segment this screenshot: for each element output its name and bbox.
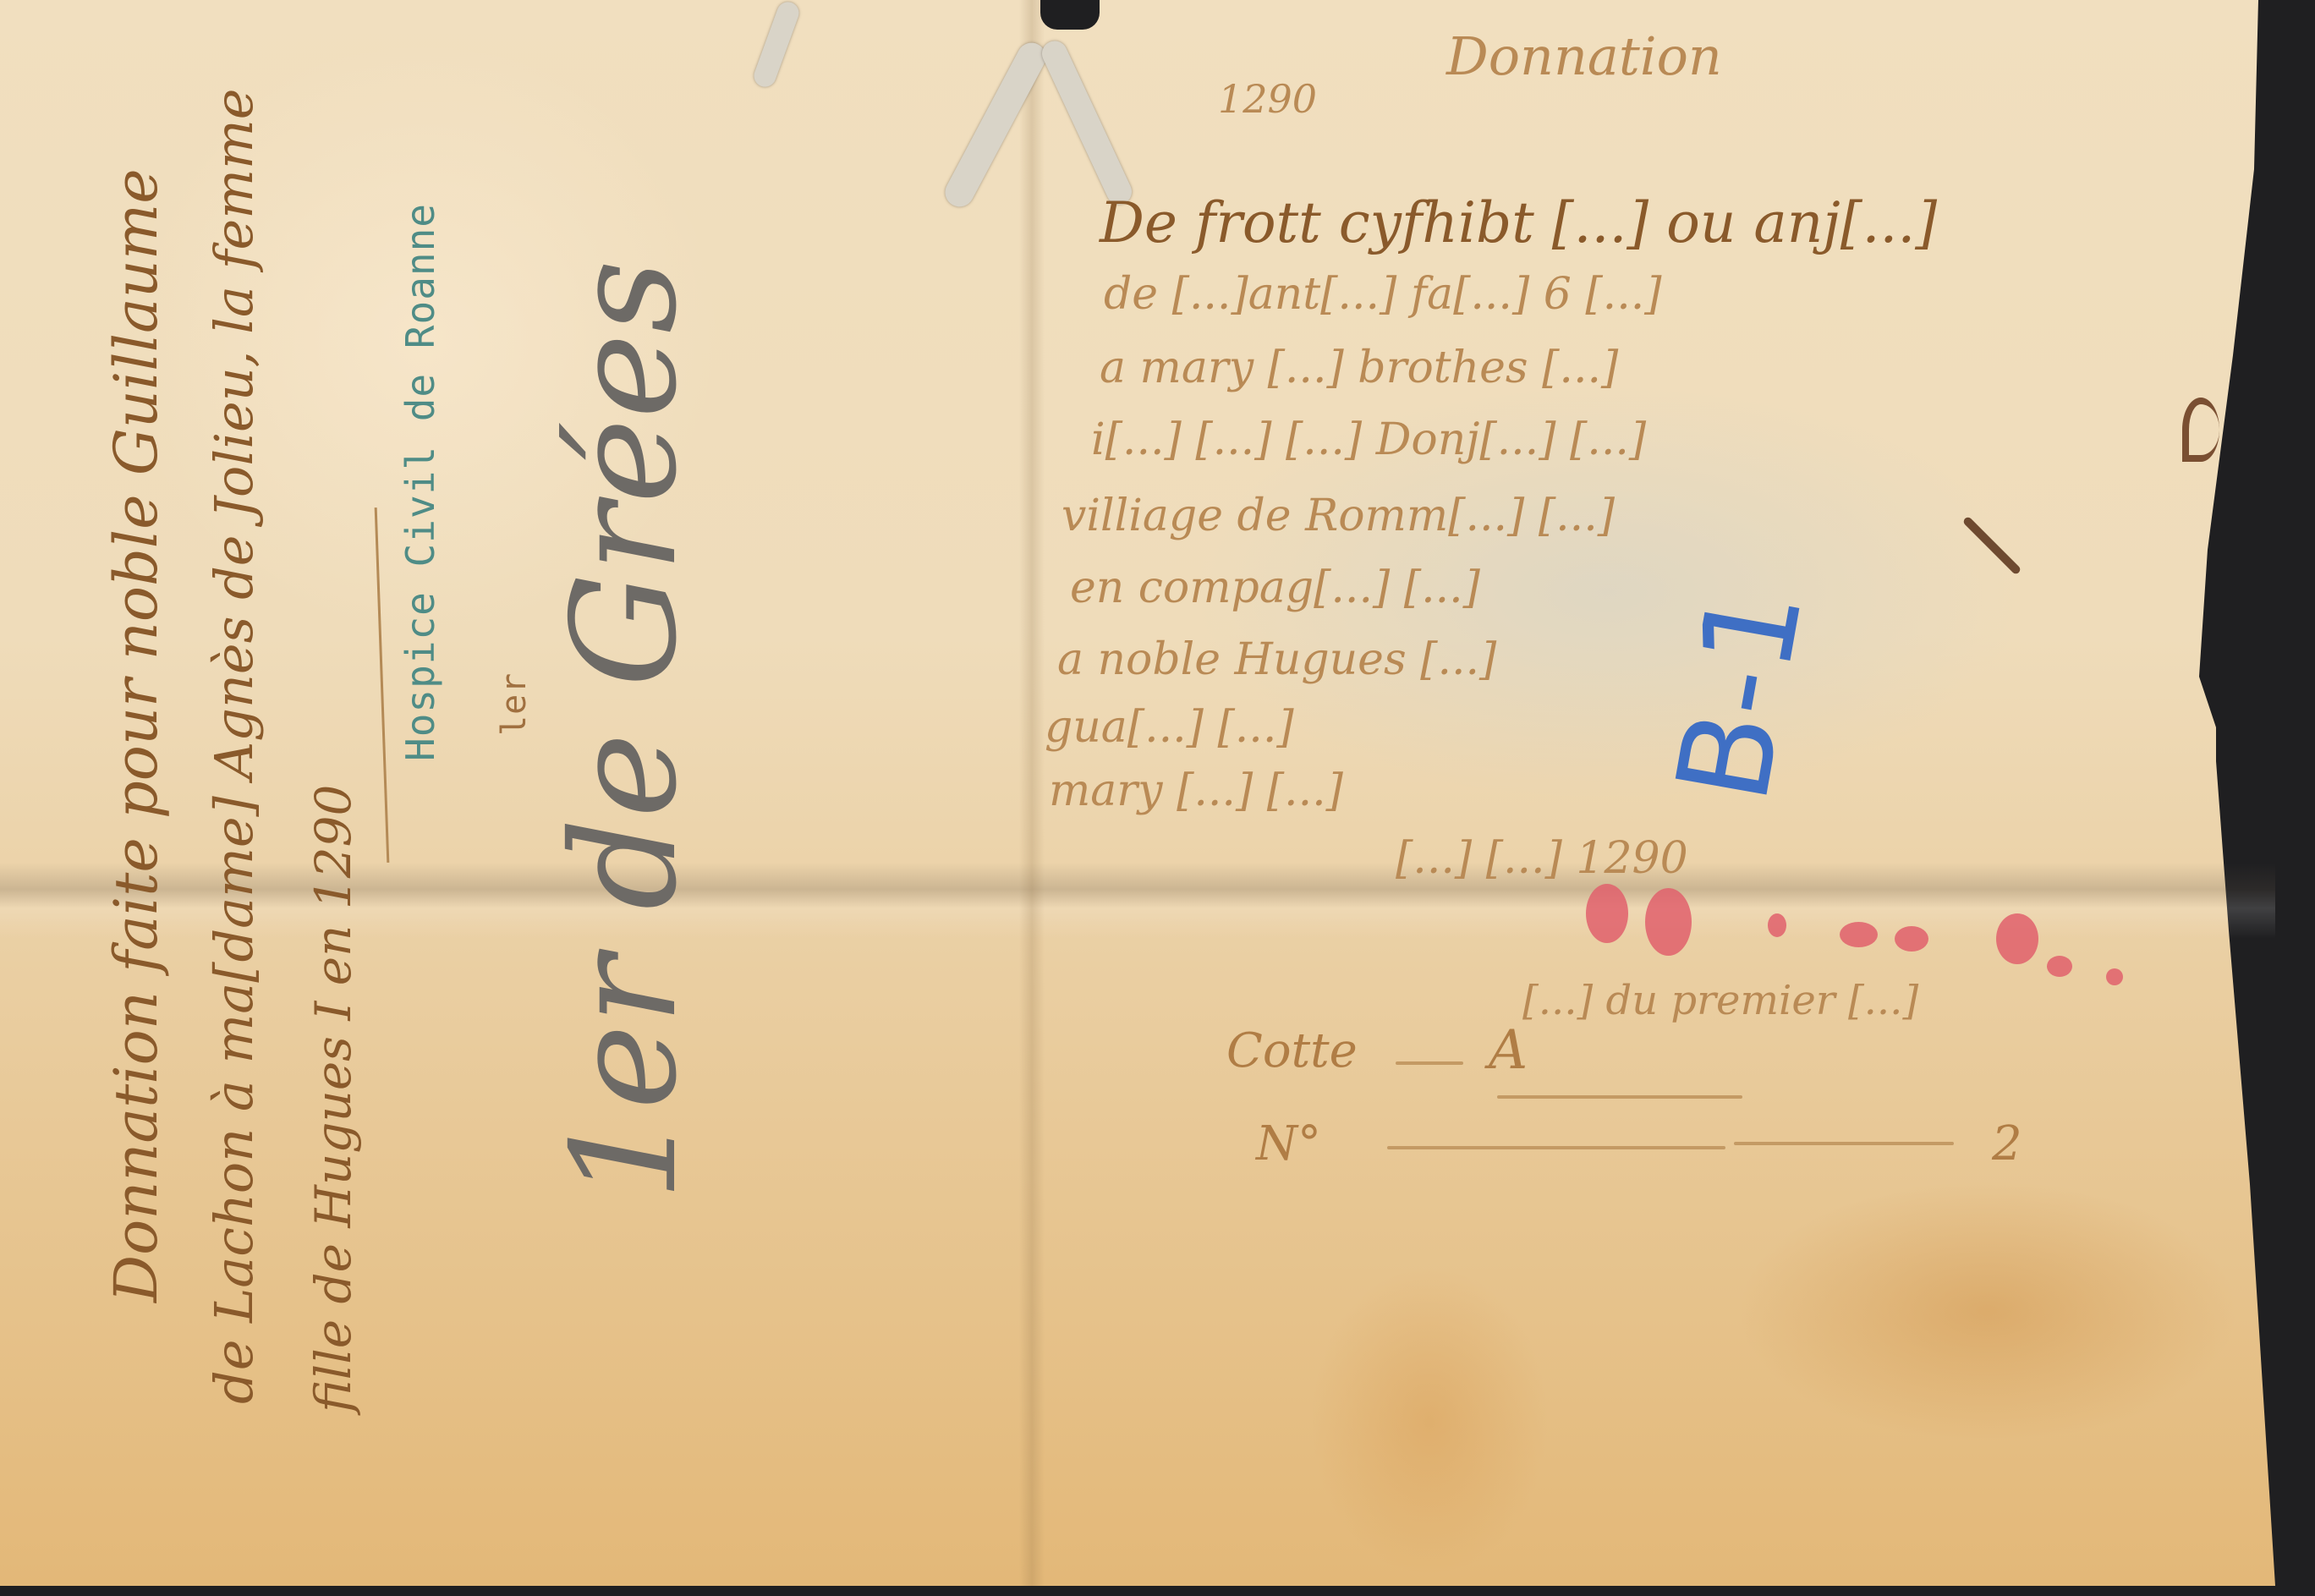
charter-line: i[...] [...] [...] Donj[...] [...]: [1091, 414, 1646, 465]
ink-stroke: [2182, 398, 2219, 462]
left-note-line-3: fille de Hugues I en 1290: [304, 785, 362, 1412]
charter-line: a noble Hugues [...]: [1057, 634, 1496, 685]
charter-line: [...] [...] 1290: [1396, 833, 1688, 884]
cote-label: Cotte: [1226, 1023, 1358, 1078]
charter-line: villiage de Romm[...] [...]: [1061, 491, 1615, 541]
footer-line-1: [...] du premier [...]: [1522, 977, 1918, 1024]
cote-rule: [1396, 1061, 1463, 1065]
no-rule-1: [1387, 1146, 1725, 1149]
no-rule-2: [1734, 1142, 1954, 1145]
no-value: 2: [1992, 1116, 2022, 1171]
hospice-stamp-sub: ler: [495, 672, 534, 736]
header-year: 1290: [1218, 76, 1317, 122]
cote-underline: [1497, 1095, 1742, 1099]
cote-value: A: [1489, 1019, 1528, 1082]
pencil-note: 1er de Grées: [541, 260, 709, 1201]
left-note-line-1: Donnation faite pour noble Guillaume: [101, 168, 171, 1303]
tie-knot: [1040, 0, 1100, 30]
charter-line: en compag[...] [...]: [1070, 562, 1480, 613]
charter-line: de [...]ant[...] fa[...] 6 [...]: [1104, 269, 1662, 320]
charter-line: a mary [...] brothes [...]: [1100, 343, 1618, 393]
charter-line: gua[...] [...]: [1045, 702, 1294, 753]
charter-line: mary [...] [...]: [1049, 765, 1343, 816]
charter-line: De frott cyfhibt [...] ou anj[...]: [1100, 190, 1937, 255]
hospice-stamp: Hospice Civil de Roanne: [398, 203, 443, 761]
vertical-fold: [1019, 0, 1045, 1586]
header-title: Donnation: [1446, 25, 1722, 87]
no-label: N°: [1256, 1116, 1321, 1171]
left-note-line-2: de Lachon à ma[dame] Agnès de Jolieu, la…: [203, 89, 265, 1404]
